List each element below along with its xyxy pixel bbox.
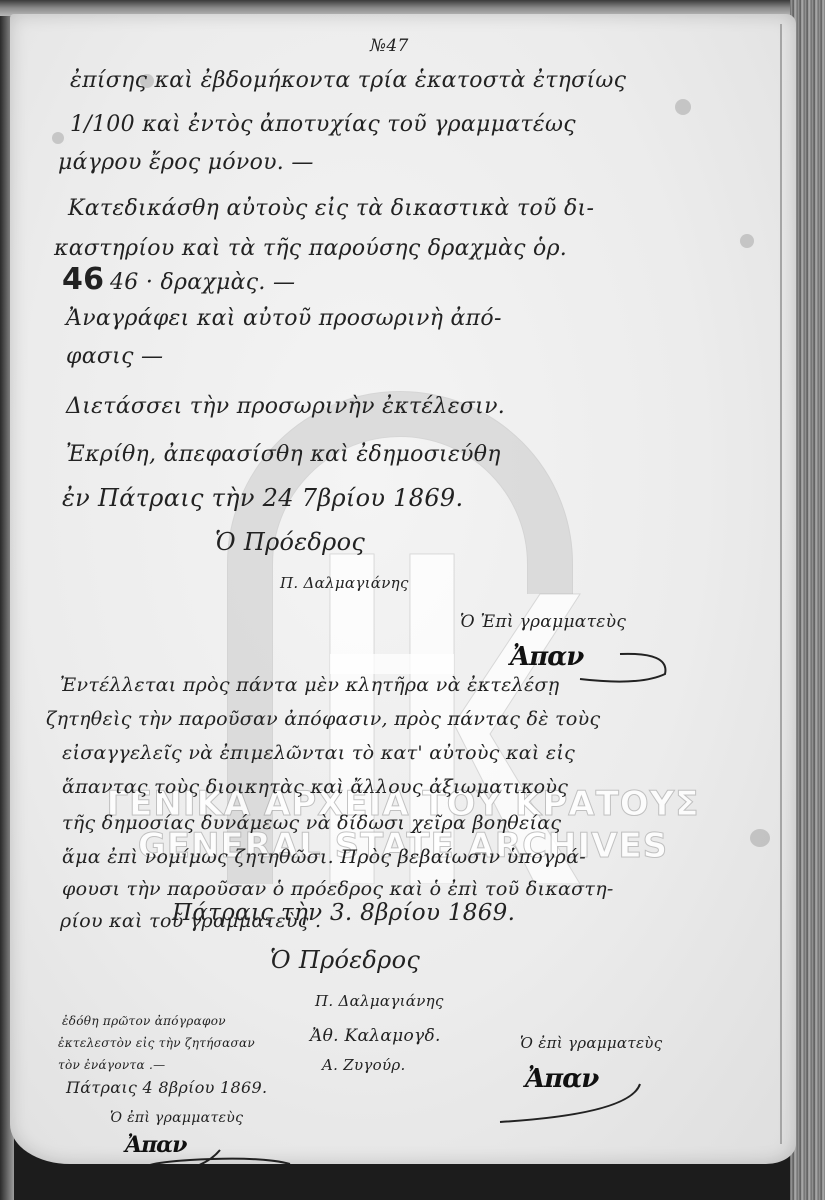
signature-flourish [130,1144,310,1164]
text-line: 1/100 καὶ ἐντὸς ἀποτυχίας τοῦ γραμματέως [70,112,576,137]
page-number: №47 [370,36,409,56]
text-line: Ἐντέλλεται πρὸς πάντα μὲν κλητῆρα νὰ ἐκτ… [60,674,559,696]
text-line: Ἀναγράφει καὶ αὐτοῦ προσωρινὴ ἀπό- [66,306,502,331]
margin-note-line: τὸν ἐνάγοντα .— [58,1058,165,1072]
text-line-amount: 46 [62,262,104,297]
margin-note-line: ἐδόθη πρῶτον ἀπόγραφον [62,1014,226,1028]
judge-name-1: Π. Δαλμαγιάνης [315,992,444,1010]
paper-stain [52,132,64,144]
text-line: μάγρου ἔρος μόνου. — [58,150,314,175]
text-line: Κατεδικάσθη αὐτοὺς εἰς τὰ δικαστικὰ τοῦ … [68,196,594,221]
text-line: φασις — [66,344,163,369]
text-line: ἅμα ἐπὶ νομίμως ζητηθῶσι. Πρὸς βεβαίωσιν… [62,846,586,868]
text-line: ζητηθεὶς τὴν παροῦσαν ἀπόφασιν, πρὸς πάν… [46,708,600,730]
text-line: 46 · δραχμὰς. — [110,270,295,295]
margin-note-line: ἐκτελεστὸν εἰς τὴν ζητήσασαν [58,1036,255,1050]
judge-name-2: Ἀθ. Καλαμογδ. [310,1026,441,1046]
document-page: ΓΕΝΙΚΑ ΑΡΧΕΙΑ ΤΟΥ ΚΡΑΤΟΥΣ GENERAL STATE … [10,14,796,1164]
amount-number: 46 [62,262,104,297]
margin-note-date: Πάτραις 4 8βρίου 1869. [66,1078,267,1097]
margin-secretary-title: Ὁ ἐπὶ γραμματεὺς [110,1110,243,1126]
text-line: Ἐκρίθη, ἀπεφασίσθη καὶ ἐδημοσιεύθη [66,442,501,467]
judge-name-3: Α. Ζυγούρ. [322,1056,406,1074]
text-line: εἰσαγγελεῖς νὰ ἐπιμελῶνται τὸ κατ' αὐτοὺ… [62,742,575,764]
text-line: ἐπίσης καὶ ἐβδομήκοντα τρία ἑκατοστὰ ἐτη… [70,68,626,93]
text-line: ἅπαντας τοὺς διοικητὰς καὶ ἄλλους ἀξιωμα… [62,776,568,798]
text-line: Διετάσσει τὴν προσωρινὴν ἐκτέλεσιν. [66,394,505,419]
second-president-title: Ὁ Πρόεδρος [270,946,420,974]
paper-stain [675,99,691,115]
date-line: ἐν Πάτραις τὴν 24 7βρίου 1869. [62,484,463,512]
page-border-line [780,24,782,1144]
text-line: καστηρίου καὶ τὰ τῆς παρούσης δραχμὰς ὁρ… [54,236,567,261]
paper-stain [740,234,754,248]
text-line: τῆς δημοσίας δυνάμεως νὰ δίδωσι χεῖρα βο… [62,812,561,834]
text-line: φουσι τὴν παροῦσαν ὁ πρόεδρος καὶ ὁ ἐπὶ … [62,878,614,900]
second-secretary-title: Ὁ ἐπὶ γραμματεὺς [520,1034,662,1052]
president-name: Π. Δαλμαγιάνης [280,574,409,592]
president-title: Ὁ Πρόεδρος [215,528,365,556]
signature-flourish [480,1074,680,1134]
second-date-line: Πάτραις τὴν 3. 8βρίου 1869. [172,900,515,926]
